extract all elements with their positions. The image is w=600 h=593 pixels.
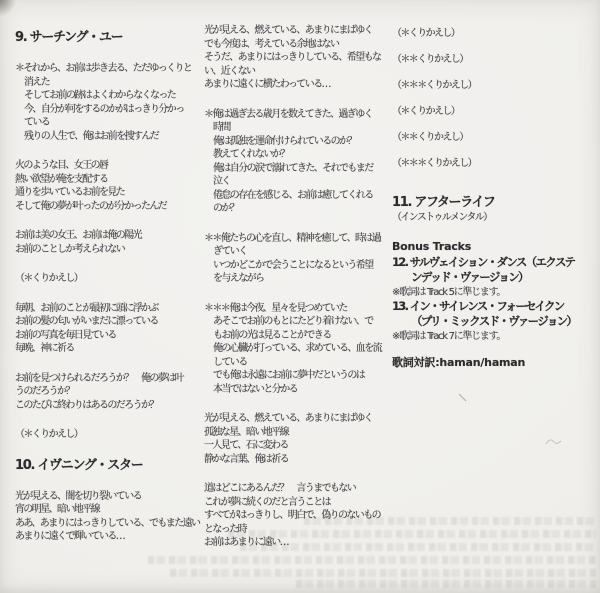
text-line: ＊＊俺たちの心を直し、精神を癒して、時は過 bbox=[204, 232, 390, 246]
text-line: これが夢に続くのだと言うことは bbox=[204, 496, 390, 510]
text-line: ている bbox=[15, 116, 207, 130]
repeat-mark: （＊＊＊くりかえし） bbox=[392, 79, 594, 93]
text-line: お前の写真を毎日見ている bbox=[15, 329, 207, 343]
text-line: ※歌詞は Track 7に準じます。 bbox=[392, 330, 594, 343]
repeat-mark: （＊くりかえし） bbox=[15, 272, 207, 286]
text-line: 俺は自分の涙で溺れてきた、それでもまだ bbox=[204, 162, 390, 176]
text-line: 時間 bbox=[204, 121, 390, 135]
text-line: （＊くりかえし） bbox=[15, 272, 207, 286]
repeat-mark: （＊＊＊くりかえし） bbox=[392, 157, 594, 171]
text-line: 12. サルヴェイション・ダンス（エクステ bbox=[392, 255, 594, 271]
verse: ＊それから、お前は歩き去る、ただゆっくりと消えたそしてお前の跡はよくわからなくな… bbox=[15, 62, 207, 143]
text-line: でも今度は、考えている余地はない bbox=[204, 38, 390, 52]
text-line: 道はどこにあるんだ？ 言うまでもない bbox=[204, 482, 390, 496]
text-line: ＊それから、お前は歩き去る、ただゆっくりと bbox=[15, 62, 207, 76]
text-line: 光が見える、闇を切り裂いている bbox=[15, 490, 207, 504]
text-line: （＊＊＊くりかえし） bbox=[392, 79, 594, 93]
text-line: 泣く bbox=[204, 175, 390, 189]
text-line: ンデッド・ヴァージョン） bbox=[392, 270, 594, 286]
verse: 光が見える、燃えている、あまりにまばゆくでも今度は、考えている余地はないそうだ、… bbox=[204, 24, 390, 92]
text-line: （＊＊＊くりかえし） bbox=[392, 157, 594, 171]
text-line: 11. アフターライフ bbox=[392, 195, 594, 211]
text-line: いつかどこかで会うことになるという希望 bbox=[204, 259, 390, 273]
text-line: 俺は孤独を運命付けられているのか？ bbox=[204, 135, 390, 149]
text-line: 毎朝、お前のことが最初に頭に浮かぶ bbox=[15, 302, 207, 316]
text-line: （プリ・ミックスド・ヴァージョン） bbox=[392, 314, 594, 330]
text-line: あまりに遠くで輝いている… bbox=[15, 530, 207, 544]
text-line: 宵の明星、暗い地平線 bbox=[15, 503, 207, 517]
text-line: （＊くりかえし） bbox=[15, 428, 207, 442]
text-line: でも俺は永遠にお前に夢中だというのは bbox=[204, 369, 390, 383]
scratch-mark bbox=[459, 394, 466, 401]
text-line: 残りの人生で、俺はお前を捜すんだ bbox=[15, 130, 207, 144]
text-line: となった時 bbox=[204, 523, 390, 537]
verse: 毎朝、お前のことが最初に頭に浮かぶお前の髪の匂いがいまだに漂っているお前の写真を… bbox=[15, 302, 207, 356]
verse: ＊＊＊俺は今夜、星々を見つめていたあそこでお前のもとにたどり着けない、でもお前の… bbox=[204, 302, 390, 397]
bleedthrough-line bbox=[170, 569, 596, 577]
text-line: のか？ bbox=[204, 202, 390, 216]
text-line: （＊＊くりかえし） bbox=[392, 53, 594, 67]
text-line: ※歌詞は Track 5に準じます。 bbox=[392, 286, 594, 299]
text-line: 静かな言葉、俺は祈る bbox=[204, 453, 390, 467]
scan-corner-smudge bbox=[0, 0, 16, 16]
repeat-mark: （＊くりかえし） bbox=[15, 428, 207, 442]
text-line: （＊くりかえし） bbox=[392, 27, 594, 41]
track-10-title: 10. イヴニング・スター bbox=[15, 458, 207, 474]
text-line: お前は美の女王、お前は俺の陽光 bbox=[15, 229, 207, 243]
repeat-mark: （＊＊くりかえし） bbox=[392, 53, 594, 67]
text-line: ＊＊＊俺は今夜、星々を見つめていた bbox=[204, 302, 390, 316]
verse: 火のような目、女王の唇熱い欲望が俺を支配する通りを歩いているお前を見たそして俺の… bbox=[15, 159, 207, 213]
text-line: 孤独な星、暗い地平線 bbox=[204, 426, 390, 440]
text-line: Bonus Tracks bbox=[392, 240, 594, 255]
text-line: 消えた bbox=[15, 76, 207, 90]
text-line: もお前の光は見ることができる bbox=[204, 329, 390, 343]
text-line: そうだ、あまりにはっきりしている、希望もな bbox=[204, 51, 390, 65]
repeat-mark: （＊くりかえし） bbox=[392, 105, 594, 119]
text-line: 一人見て、石に変わる bbox=[204, 439, 390, 453]
text-line: 歌詞対訳:haman/haman bbox=[392, 356, 594, 371]
text-line: （インストゥルメンタル） bbox=[392, 211, 594, 225]
bonus-tracks-section: Bonus Tracks12. サルヴェイション・ダンス（エクステンデッド・ヴァ… bbox=[392, 240, 594, 343]
text-line: あそこでお前のもとにたどり着けない、で bbox=[204, 315, 390, 329]
verse: お前は美の女王、お前は俺の陽光お前のことしか考えられない bbox=[15, 229, 207, 256]
text-line: そして俺の夢が叶ったのが分かったんだ bbox=[15, 200, 207, 214]
text-line: 13. イン・サイレンス・フォーセイクン bbox=[392, 299, 594, 315]
text-line: 俺の心臓が打っている、求めている、血を流 bbox=[204, 342, 390, 356]
text-line: している bbox=[204, 356, 390, 370]
text-line: （＊くりかえし） bbox=[392, 105, 594, 119]
text-line: このたびに終わりはあるのだろうか？ bbox=[15, 399, 207, 413]
translation-credit: 歌詞対訳:haman/haman bbox=[392, 356, 594, 371]
text-line: 倦怠の存在を感じる、お前は癒してくれる bbox=[204, 189, 390, 203]
text-line: お前の髪の匂いがいまだに漂っている bbox=[15, 315, 207, 329]
text-line: お前を見つけられるだろうか？ 俺の夢は叶 bbox=[15, 372, 207, 386]
text-line: あまりに遠くに横たわっている… bbox=[204, 78, 390, 92]
text-line: 通りを歩いているお前を見た bbox=[15, 186, 207, 200]
text-line: ぎていく bbox=[204, 245, 390, 259]
text-line: 今、自分が何をするのかがはっきり分かっ bbox=[15, 103, 207, 117]
repeat-mark: （＊くりかえし） bbox=[392, 27, 594, 41]
text-line: 9. サーチング・ユー bbox=[15, 30, 207, 46]
text-line: 火のような目、女王の唇 bbox=[15, 159, 207, 173]
squiggle-mark bbox=[546, 440, 561, 444]
lyrics-column-left: 9. サーチング・ユー＊それから、お前は歩き去る、ただゆっくりと消えたそしてお前… bbox=[15, 30, 207, 560]
text-line: すべてがはっきりし、明白で、偽りのないもの bbox=[204, 509, 390, 523]
verse: 光が見える、闇を切り裂いている宵の明星、暗い地平線ああ、あまりにはっきりしている… bbox=[15, 490, 207, 544]
text-line: 光が見える、燃えている、あまりにまばゆく bbox=[204, 412, 390, 426]
text-line: ああ、あまりにはっきりしている、でもまた遠い bbox=[15, 517, 207, 531]
text-line: 毎晩、神に祈る bbox=[15, 342, 207, 356]
text-line: うのだろうか？ bbox=[15, 385, 207, 399]
text-line: 光が見える、燃えている、あまりにまばゆく bbox=[204, 24, 390, 38]
text-line: い、近くない bbox=[204, 65, 390, 79]
text-line: 本当ではないと分かる bbox=[204, 383, 390, 397]
text-line: そしてお前の跡はよくわからなくなった bbox=[15, 89, 207, 103]
text-line: お前のことしか考えられない bbox=[15, 243, 207, 257]
verse: ＊俺は過ぎ去る歳月を数えてきた、過ぎゆく時間俺は孤独を運命付けられているのか？教… bbox=[204, 108, 390, 216]
bleedthrough-line bbox=[296, 580, 596, 588]
verse: 道はどこにあるんだ？ 言うまでもないこれが夢に続くのだと言うことはすべてがはっき… bbox=[204, 482, 390, 550]
lyrics-column-middle: 光が見える、燃えている、あまりにまばゆくでも今度は、考えている余地はないそうだ、… bbox=[204, 24, 390, 566]
track-9-title: 9. サーチング・ユー bbox=[15, 30, 207, 46]
text-line: ＊俺は過ぎ去る歳月を数えてきた、過ぎゆく bbox=[204, 108, 390, 122]
text-line: 熱い欲望が俺を支配する bbox=[15, 173, 207, 187]
text-line: （＊＊くりかえし） bbox=[392, 131, 594, 145]
text-line: 教えてくれないか？ bbox=[204, 148, 390, 162]
track-11-title: 11. アフターライフ（インストゥルメンタル） bbox=[392, 195, 594, 225]
repeat-mark: （＊＊くりかえし） bbox=[392, 131, 594, 145]
lyrics-booklet-page: 9. サーチング・ユー＊それから、お前は歩き去る、ただゆっくりと消えたそしてお前… bbox=[0, 0, 600, 593]
verse: お前を見つけられるだろうか？ 俺の夢は叶うのだろうか？このたびに終わりはあるのだ… bbox=[15, 372, 207, 413]
lyrics-column-right: （＊くりかえし）（＊＊くりかえし）（＊＊＊くりかえし）（＊くりかえし）（＊＊くり… bbox=[392, 27, 594, 386]
text-line: 10. イヴニング・スター bbox=[15, 458, 207, 474]
text-line: を与えながら bbox=[204, 272, 390, 286]
verse: 光が見える、燃えている、あまりにまばゆく孤独な星、暗い地平線一人見て、石に変わる… bbox=[204, 412, 390, 466]
verse: ＊＊俺たちの心を直し、精神を癒して、時は過ぎていくいつかどこかで会うことになると… bbox=[204, 232, 390, 286]
text-line: お前はあまりに遠い… bbox=[204, 536, 390, 550]
